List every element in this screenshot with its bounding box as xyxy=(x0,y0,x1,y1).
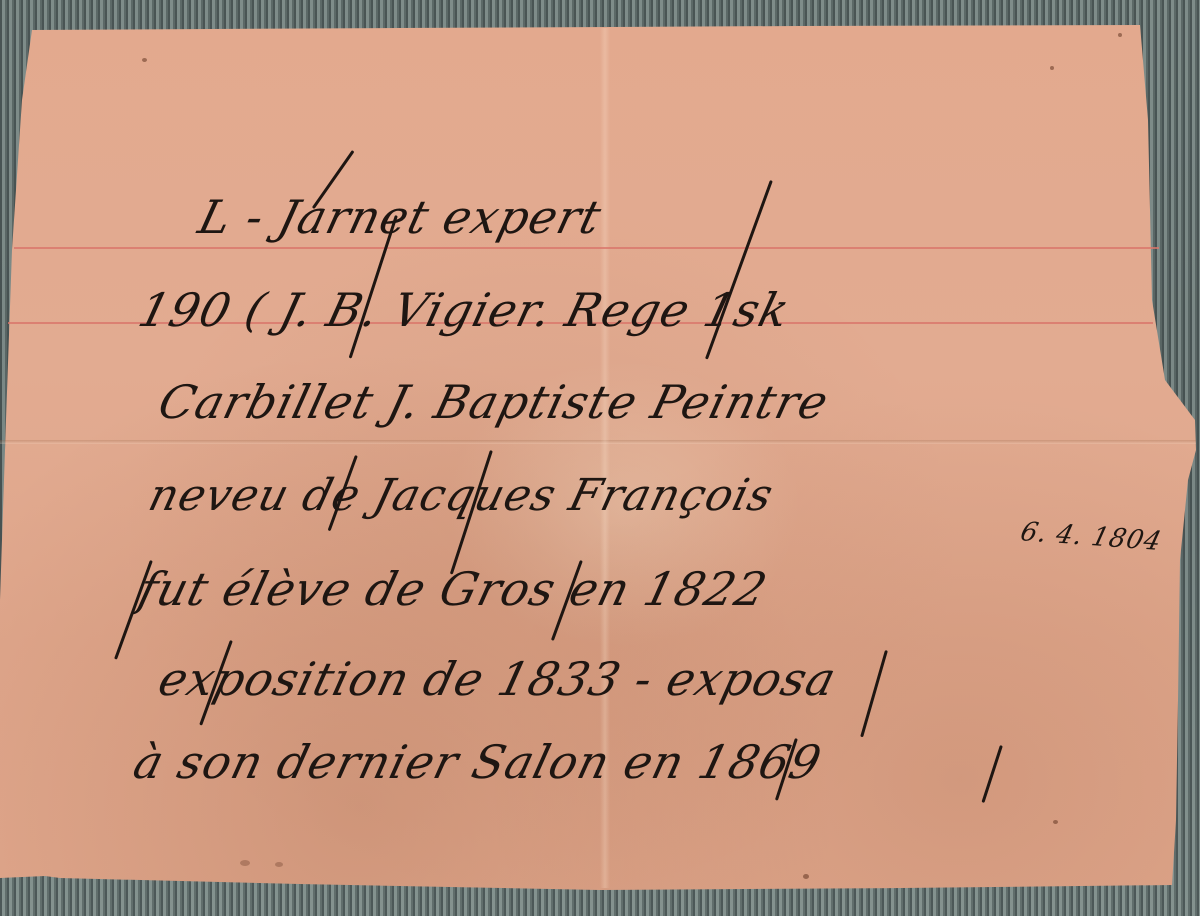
foxing-spot xyxy=(1118,33,1122,37)
handwritten-line: à son dernier Salon en 1869 xyxy=(128,735,827,789)
paper-note: L - Jarnet expert 190 ( J. B. Vigier. Re… xyxy=(0,0,1200,916)
foxing-spot xyxy=(803,874,809,879)
foxing-spot xyxy=(1053,820,1058,824)
foxing-spot xyxy=(240,860,250,866)
handwritten-line: fut élève de Gros en 1822 xyxy=(133,562,773,616)
foxing-spot xyxy=(142,58,147,62)
handwritten-line: exposition de 1833 - exposa xyxy=(153,652,842,706)
handwritten-line: L - Jarnet expert xyxy=(193,190,607,244)
foxing-spot xyxy=(1050,66,1054,70)
handwritten-line: 190 ( J. B. Vigier. Rege 1sk xyxy=(133,283,795,337)
paper-fold-horizontal xyxy=(0,440,1196,444)
ruled-line xyxy=(14,247,1159,249)
handwritten-line: Carbillet J. Baptiste Peintre xyxy=(153,375,834,429)
handwritten-line: neveu de Jacques François xyxy=(144,470,779,521)
foxing-spot xyxy=(275,862,283,867)
